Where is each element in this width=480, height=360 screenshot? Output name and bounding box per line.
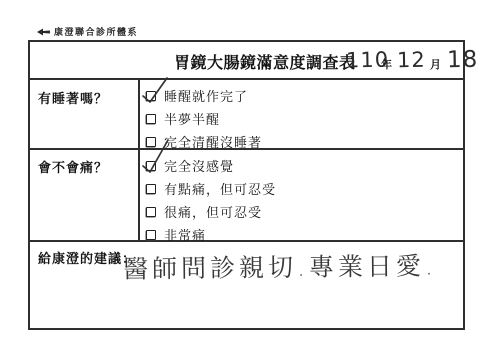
suggestion-label: 給康澄的建議： [38,248,136,267]
checkbox-icon [146,137,156,147]
suggestion-handwriting: 醫師問診親切.專業日愛. [123,246,437,285]
header-divider [30,78,463,80]
checkbox-icon [146,184,156,194]
survey-form: 胃鏡大腸鏡滿意度調查表 110 年 12 月 18 有睡著嗎？ 睡醒就作完了 半… [28,40,465,330]
date-month-value: 12 [397,48,426,72]
clinic-logo: 康澄聯合診所體系 [37,25,138,38]
option-label: 半夢半醒 [164,109,220,128]
option-label: 完全清醒沒睡著 [164,132,262,151]
checkbox-icon [146,91,156,101]
option-label: 睡醒就作完了 [164,86,248,105]
question-2-label: 會不會痛？ [38,157,108,176]
option-row: 有點痛，但可忍受 [146,179,276,198]
date-year-unit: 年 [381,56,392,72]
checkbox-icon [146,161,156,171]
clinic-logo-icon [37,28,50,36]
form-title: 胃鏡大腸鏡滿意度調查表 [174,50,356,73]
option-row: 很痛，但可忍受 [146,202,262,221]
question-1-label: 有睡著嗎？ [38,88,108,107]
checkbox-icon [146,114,156,124]
option-row: 完全清醒沒睡著 [146,132,262,151]
option-row: 完全沒感覺 [146,156,234,175]
option-label: 很痛，但可忍受 [164,202,262,221]
clinic-name: 康澄聯合診所體系 [54,25,138,38]
column-divider [138,78,140,240]
option-label: 非常痛 [164,225,206,244]
date-day-value: 18 [447,47,479,74]
option-label: 有點痛，但可忍受 [164,179,276,198]
option-label: 完全沒感覺 [164,156,234,175]
option-row: 睡醒就作完了 [146,86,248,105]
option-row: 非常痛 [146,225,206,244]
date-month-unit: 月 [430,56,441,72]
checkbox-icon [146,207,156,217]
row-divider-2 [30,240,463,242]
checkbox-icon [146,230,156,240]
option-row: 半夢半醒 [146,109,220,128]
